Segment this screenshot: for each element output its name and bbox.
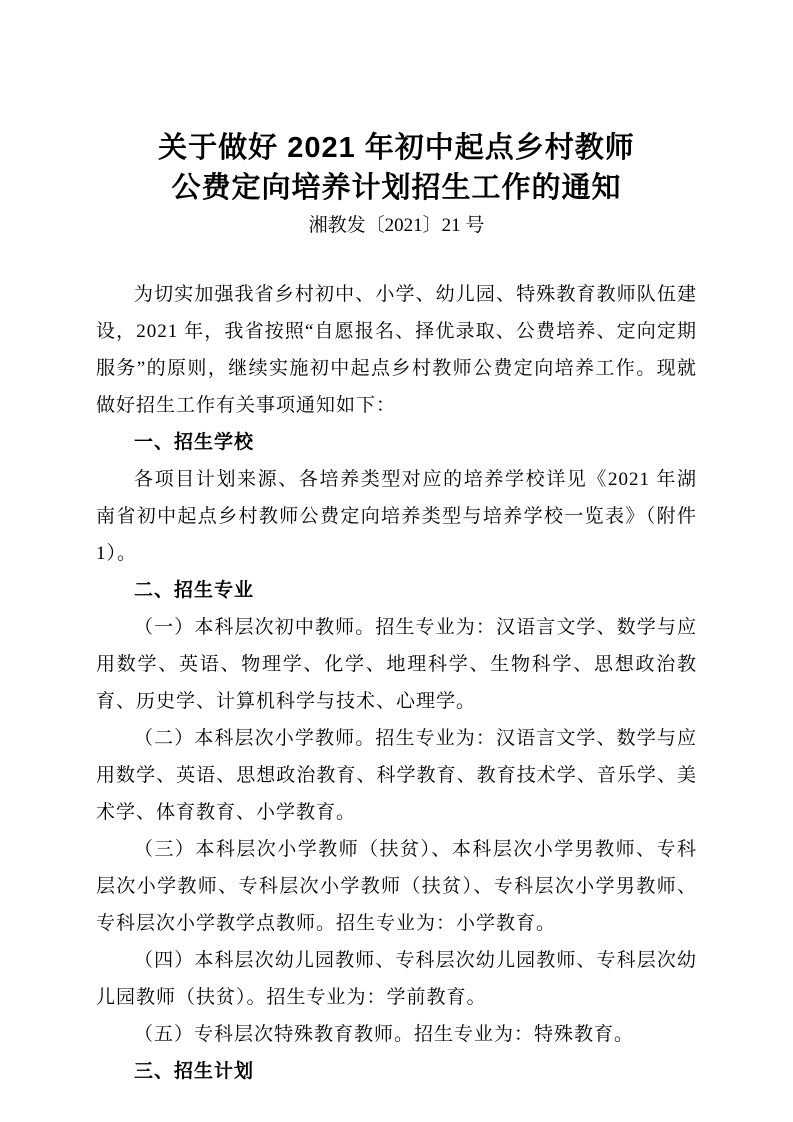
body-paragraph: （三）本科层次小学教师（扶贫）、本科层次小学男教师、专科层次小学教师、专科层次小… xyxy=(96,831,697,942)
document-page: 关于做好 2021 年初中起点乡村教师 公费定向培养计划招生工作的通知 湘教发〔… xyxy=(0,0,793,1122)
body-paragraph: （一）本科层次初中教师。招生专业为：汉语言文学、数学与应用数学、英语、物理学、化… xyxy=(96,609,697,720)
document-title-line-2: 公费定向培养计划招生工作的通知 xyxy=(96,168,697,208)
body-paragraph: 为切实加强我省乡村初中、小学、幼儿园、特殊教育教师队伍建设，2021 年，我省按… xyxy=(96,276,697,424)
body-paragraph: （二）本科层次小学教师。招生专业为：汉语言文学、数学与应用数学、英语、思想政治教… xyxy=(96,720,697,831)
document-title-line-1: 关于做好 2021 年初中起点乡村教师 xyxy=(96,128,697,168)
document-number: 湘教发〔2021〕21 号 xyxy=(96,212,697,240)
section-heading: 二、招生专业 xyxy=(96,572,697,609)
section-heading: 一、招生学校 xyxy=(96,424,697,461)
body-paragraph: （四）本科层次幼儿园教师、专科层次幼儿园教师、专科层次幼儿园教师（扶贫）。招生专… xyxy=(96,942,697,1016)
body-paragraph: （五）专科层次特殊教育教师。招生专业为：特殊教育。 xyxy=(96,1016,697,1053)
document-body: 为切实加强我省乡村初中、小学、幼儿园、特殊教育教师队伍建设，2021 年，我省按… xyxy=(96,276,697,1090)
document-title: 关于做好 2021 年初中起点乡村教师 公费定向培养计划招生工作的通知 xyxy=(96,128,697,208)
section-heading: 三、招生计划 xyxy=(96,1053,697,1090)
body-paragraph: 各项目计划来源、各培养类型对应的培养学校详见《2021 年湖南省初中起点乡村教师… xyxy=(96,461,697,572)
